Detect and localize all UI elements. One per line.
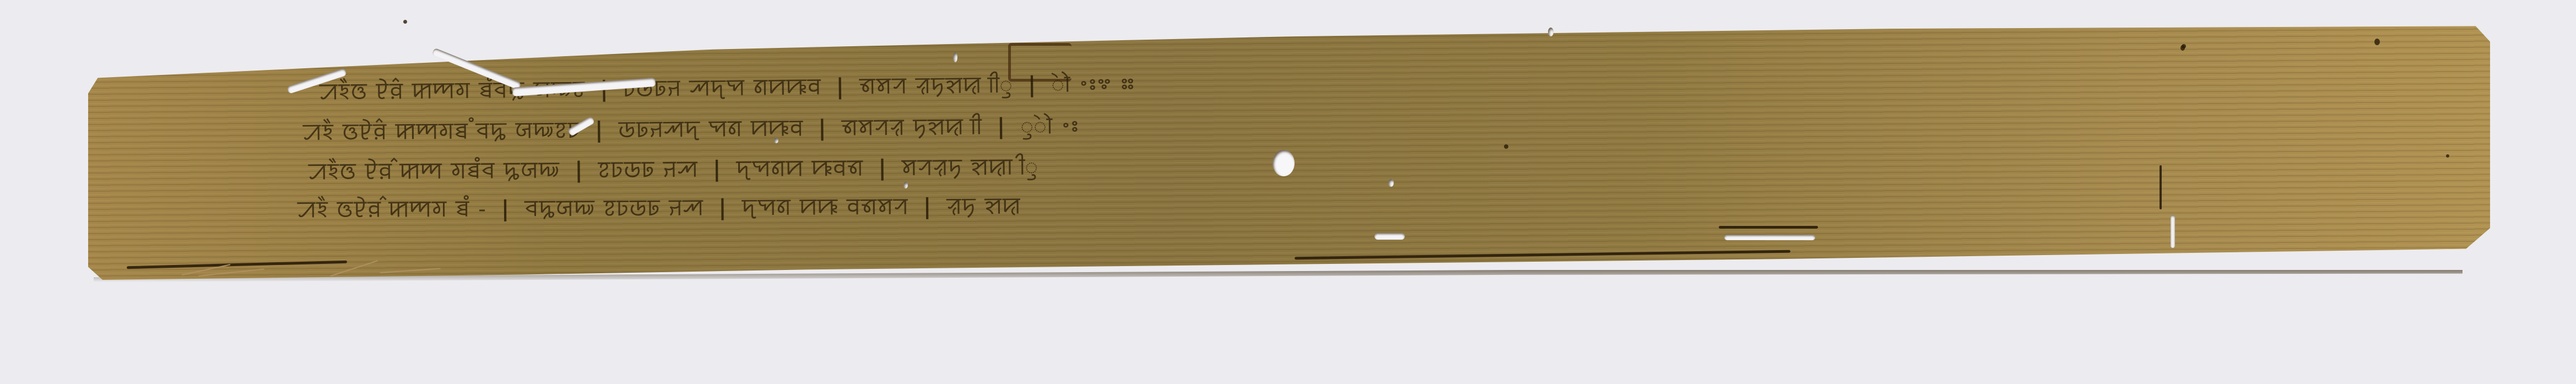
crack-gap [2171,215,2175,248]
manuscript-line-3: ꠀꠁꠂꠃ ꠄꠅ ꠆ꠇꠈ ꠉꠊꠋꠌ ꠍꠎꠏ|ꠐꠑꠒꠓ ꠔꠕ|ꠖꠗꠘꠙ ꠚꠛꠜ|ꠝꠞ… [309,150,1039,186]
stain-speck [1504,144,1508,149]
text-segment: ꠖꠗꠘ ꠙꠚ ꠛꠜꠝꠞ [742,191,909,222]
text-segment: ꠐꠑꠒꠓ ꠔꠕ [598,153,699,184]
text-segment: ꠜꠝꠞ ꠟꠠꠡꠢ ꠣꠤꠥ [859,69,1014,101]
text-segment: ꠜꠝꠞꠟ ꠠꠡꠢ ꠣꠤ [841,110,983,142]
worm-hole [774,138,778,143]
text-segment: ꠟꠠ ꠡꠢ [946,190,1021,221]
danda-separator: | [501,196,511,221]
danda-separator: | [997,113,1006,139]
string-hole [1273,150,1295,176]
edge-tear [1724,235,1815,240]
photo-stage: ꠀꠁꠂꠃ ꠄꠅ꠆ ꠇꠈꠉ ꠊꠋꠌꠍ ꠎꠏꠐ|ꠑꠒꠓꠔ ꠕꠖꠗ ꠘꠙꠚꠛ|ꠜꠝꠞ … [0,0,2576,384]
danda-separator: | [923,193,933,219]
text-segment: ꠌꠍꠎꠏ ꠐꠑꠒꠓ ꠔꠕ [524,192,704,223]
edge-tear [1374,233,1405,240]
danda-separator: | [718,194,728,220]
leaf-crack [1719,226,1818,229]
danda-separator: | [836,74,845,100]
stain-speck [2374,39,2380,45]
worm-hole [1388,179,1394,187]
text-segment: ꠖꠗꠘꠙ ꠚꠛꠜ [736,152,864,183]
stain-speck [403,20,407,24]
worm-hole [953,52,957,62]
text-segment: ꠝꠞꠟꠠ ꠡꠢꠣ ꠤꠥ [902,150,1040,182]
manuscript-line-2: ꠀꠁꠂ ꠃꠄꠅ꠆ ꠇꠈꠉꠊ ꠋꠌꠍ ꠎꠏꠐꠑ|ꠒꠓꠔꠕꠖ ꠗꠘ ꠙꠚꠛ|ꠜꠝꠞꠟ… [303,110,1080,147]
stain-speck [2446,154,2449,158]
manuscript-line-4: ꠀꠁꠂ ꠃꠄꠅ ꠆ꠇꠈꠉ ꠊꠋ -|ꠌꠍꠎꠏ ꠐꠑꠒꠓ ꠔꠕ|ꠖꠗꠘ ꠙꠚ ꠛꠜ… [297,190,1021,225]
danda-separator: | [878,155,887,181]
text-segment: ꠥꠦꠧ ꠨꠩ [1020,110,1080,140]
worm-hole [903,182,908,188]
danda-separator: | [575,157,584,183]
text-segment: ꠀꠁꠂꠃ ꠄꠅ ꠆ꠇꠈ ꠉꠊꠋꠌ ꠍꠎꠏ [309,154,561,186]
worm-hole [1548,28,1554,36]
text-segment: ꠀꠁꠂ ꠃꠄꠅ꠆ ꠇꠈꠉꠊ ꠋꠌꠍ ꠎꠏꠐꠑ [303,114,581,147]
danda-separator: | [1028,72,1037,98]
danda-separator: | [713,156,722,182]
stain-speck [2180,45,2185,51]
danda-separator: | [818,115,827,141]
manuscript-line-1: ꠀꠁꠂꠃ ꠄꠅ꠆ ꠇꠈꠉ ꠊꠋꠌꠍ ꠎꠏꠐ|ꠑꠒꠓꠔ ꠕꠖꠗ ꠘꠙꠚꠛ|ꠜꠝꠞ … [320,67,1136,107]
text-segment: ꠀꠁꠂ ꠃꠄꠅ ꠆ꠇꠈꠉ ꠊꠋ - [297,193,487,224]
text-segment: ꠦꠧ ꠨꠩꠪ ꠫ [1051,67,1136,99]
danda-separator: | [595,117,604,143]
leaf-crack [2160,165,2162,209]
text-segment: ꠑꠒꠓꠔ ꠕꠖꠗ ꠘꠙꠚꠛ [624,71,822,103]
